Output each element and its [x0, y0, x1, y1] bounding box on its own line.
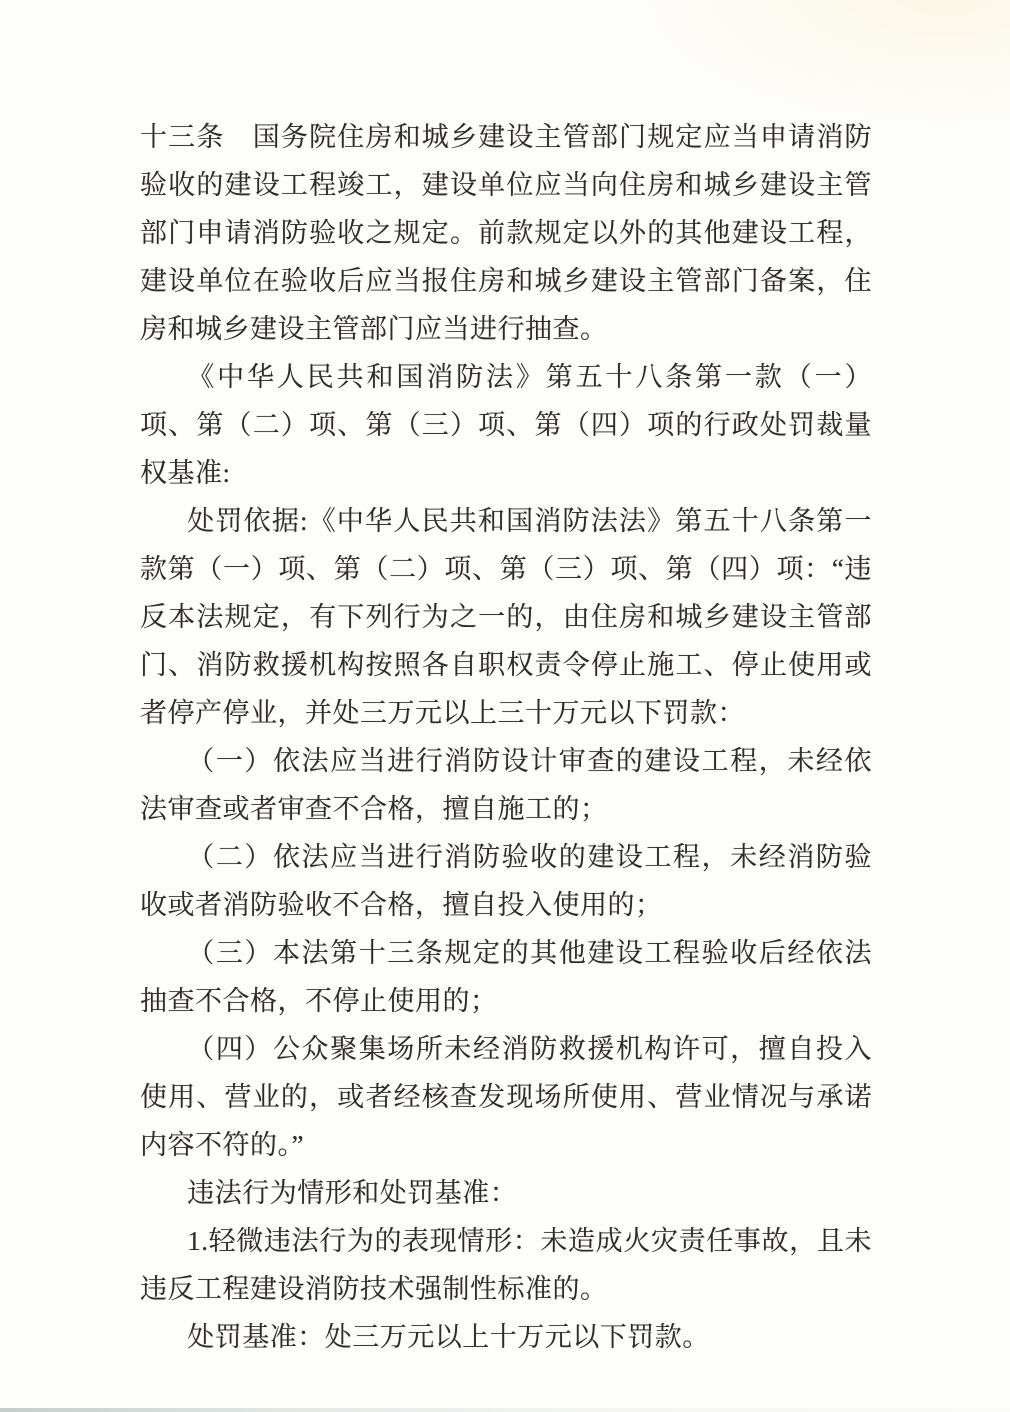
- scan-artifact-bottom-edge: [0, 1408, 1010, 1412]
- paragraph-minor-violation: 1.轻微违法行为的表现情形：未造成火灾责任事故，且未违反工程建设消防技术强制性标…: [140, 1217, 872, 1313]
- paragraph-article-13-continuation: 十三条 国务院住房和城乡建设主管部门规定应当申请消防验收的建设工程竣工，建设单位…: [140, 113, 872, 353]
- paragraph-item-4: （四）公众聚集场所未经消防救援机构许可，擅自投入使用、营业的，或者经核查发现场所…: [140, 1025, 872, 1169]
- paragraph-penalty-basis: 处罚依据:《中华人民共和国消防法法》第五十八条第一款第（一）项、第（二）项、第（…: [140, 497, 872, 737]
- paragraph-penalty-standard: 处罚基准：处三万元以上十万元以下罚款。: [140, 1313, 872, 1361]
- paragraph-item-1: （一）依法应当进行消防设计审查的建设工程，未经依法审查或者审查不合格，擅自施工的…: [140, 737, 872, 833]
- document-page: 十三条 国务院住房和城乡建设主管部门规定应当申请消防验收的建设工程竣工，建设单位…: [140, 113, 872, 1361]
- paragraph-violation-heading: 违法行为情形和处罚基准：: [140, 1169, 872, 1217]
- paragraph-benchmark-heading: 《中华人民共和国消防法》第五十八条第一款（一）项、第（二）项、第（三）项、第（四…: [140, 353, 872, 497]
- scan-artifact-top-right: [650, 0, 1010, 120]
- paragraph-item-2: （二）依法应当进行消防验收的建设工程，未经消防验收或者消防验收不合格，擅自投入使…: [140, 833, 872, 929]
- paragraph-item-3: （三）本法第十三条规定的其他建设工程验收后经依法抽查不合格，不停止使用的；: [140, 929, 872, 1025]
